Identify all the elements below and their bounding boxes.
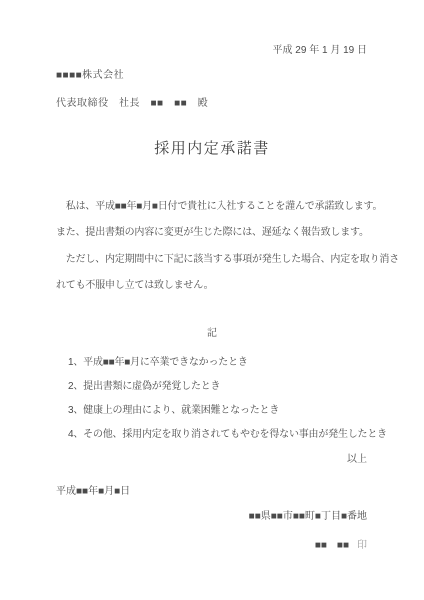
document-page: 平成 29 年 1 月 19 日 ■■■■株式会社 代表取締役 社長 ■■ ■■… <box>0 0 424 600</box>
body-paragraph2-line2: れても不服申し立ては致しません。 <box>56 276 213 291</box>
closing-ijou: 以上 <box>347 450 367 465</box>
body-paragraph2-line1: ただし、内定期間中に下記に該当する事項が発生した場合、内定を取り消さ <box>56 250 399 265</box>
signer-name: ■■ ■■ <box>315 540 349 551</box>
issue-date: 平成 29 年 1 月 19 日 <box>273 41 367 56</box>
seal-mark: 印 <box>357 540 367 551</box>
condition-item-2: 2、提出書類に虚偽が発覚したとき <box>68 377 220 392</box>
recipient-person: 代表取締役 社長 ■■ ■■ 殿 <box>56 94 208 109</box>
condition-item-4: 4、その他、採用内定を取り消されてもやむを得ない事由が発生したとき <box>68 425 387 440</box>
signature-date: 平成■■年■月■日 <box>56 482 130 497</box>
page-title: 採用内定承諾書 <box>0 137 424 158</box>
condition-item-1: 1、平成■■年■月に卒業できなかったとき <box>68 353 248 368</box>
condition-item-3: 3、健康上の理由により、就業困難となったとき <box>68 401 279 416</box>
signer-address: ■■県■■市■■町■丁目■番地 <box>249 507 367 522</box>
body-paragraph1-line1: 私は、平成■■年■月■日付で貴社に入社することを謹んで承諾致します。 <box>56 197 382 212</box>
body-paragraph1-line2: また、提出書類の内容に変更が生じた際には、遅延なく報告致します。 <box>56 223 369 238</box>
signer-name-line: ■■ ■■印 <box>315 536 367 551</box>
recipient-company: ■■■■株式会社 <box>56 66 124 81</box>
record-heading: 記 <box>0 324 424 339</box>
